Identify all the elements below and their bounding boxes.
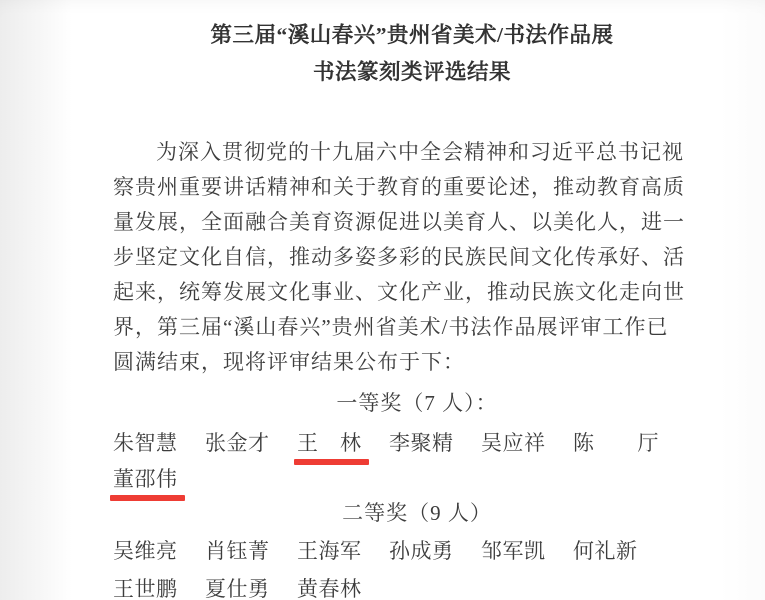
awardee-name: 孙成勇 (389, 535, 454, 567)
paragraph-line: 察贵州重要讲话精神和关于教育的重要论述，推动教育高质 (113, 170, 666, 205)
awardee-name: 张金才 (205, 427, 270, 459)
awardee-name: 王海军 (297, 535, 362, 567)
body-paragraph: 为深入贯彻党的十九届六中全会精神和习近平总书记视 察贵州重要讲话精神和关于教育的… (113, 135, 666, 380)
paragraph-line: 为深入贯彻党的十九届六中全会精神和习近平总书记视 (113, 135, 666, 170)
awardee-name: 何礼新 (573, 535, 638, 567)
first-prize-names-row-2: 董邵伟 (113, 463, 666, 495)
first-prize-heading: 一等奖（7 人）： (113, 388, 666, 418)
awardee-name: 李聚精 (389, 427, 454, 459)
second-prize-names-row-1: 吴维亮 肖钰菁 王海军 孙成勇 邹军凯 何礼新 (113, 535, 666, 567)
document-title-line2: 书法篆刻类评选结果 (158, 54, 666, 91)
awardee-name: 吴维亮 (113, 535, 178, 567)
awardee-name-underlined: 董邵伟 (113, 463, 178, 495)
document-header: 第三届“溪山春兴”贵州省美术/书法作品展 书法篆刻类评选结果 (113, 0, 666, 91)
paragraph-line: 起来，统筹发展文化事业、文化产业，推动民族文化走向世 (113, 275, 666, 310)
document-content: 第三届“溪山春兴”贵州省美术/书法作品展 书法篆刻类评选结果 为深入贯彻党的十九… (0, 0, 765, 600)
awardee-name: 吴应祥 (481, 427, 546, 459)
awardee-name: 黄春林 (297, 573, 362, 600)
paragraph-line: 界，第三届“溪山春兴”贵州省美术/书法作品展评审工作已 (113, 310, 666, 345)
awardee-name: 肖钰菁 (205, 535, 270, 567)
awardee-name: 陈 厅 (573, 427, 659, 459)
paragraph-line: 量发展，全面融合美育资源促进以美育人、以美化人，进一 (113, 205, 666, 240)
paragraph-line: 步坚定文化自信，推动多姿多彩的民族民间文化传承好、活 (113, 240, 666, 275)
awardee-name: 朱智慧 (113, 427, 178, 459)
awardee-name-underlined: 王 林 (297, 427, 362, 459)
second-prize-names-row-2: 王世鹏 夏仕勇 黄春林 (113, 573, 666, 600)
awardee-name: 王世鹏 (113, 573, 178, 600)
paragraph-line: 圆满结束，现将评审结果公布于下： (113, 345, 666, 380)
awardee-name: 夏仕勇 (205, 573, 270, 600)
document-page: 第三届“溪山春兴”贵州省美术/书法作品展 书法篆刻类评选结果 为深入贯彻党的十九… (0, 0, 765, 600)
document-title-line1: 第三届“溪山春兴”贵州省美术/书法作品展 (158, 17, 666, 54)
second-prize-heading: 二等奖（9 人） (113, 498, 666, 528)
awardee-name: 邹军凯 (481, 535, 546, 567)
first-prize-names-row-1: 朱智慧 张金才 王 林 李聚精 吴应祥 陈 厅 (113, 427, 666, 459)
